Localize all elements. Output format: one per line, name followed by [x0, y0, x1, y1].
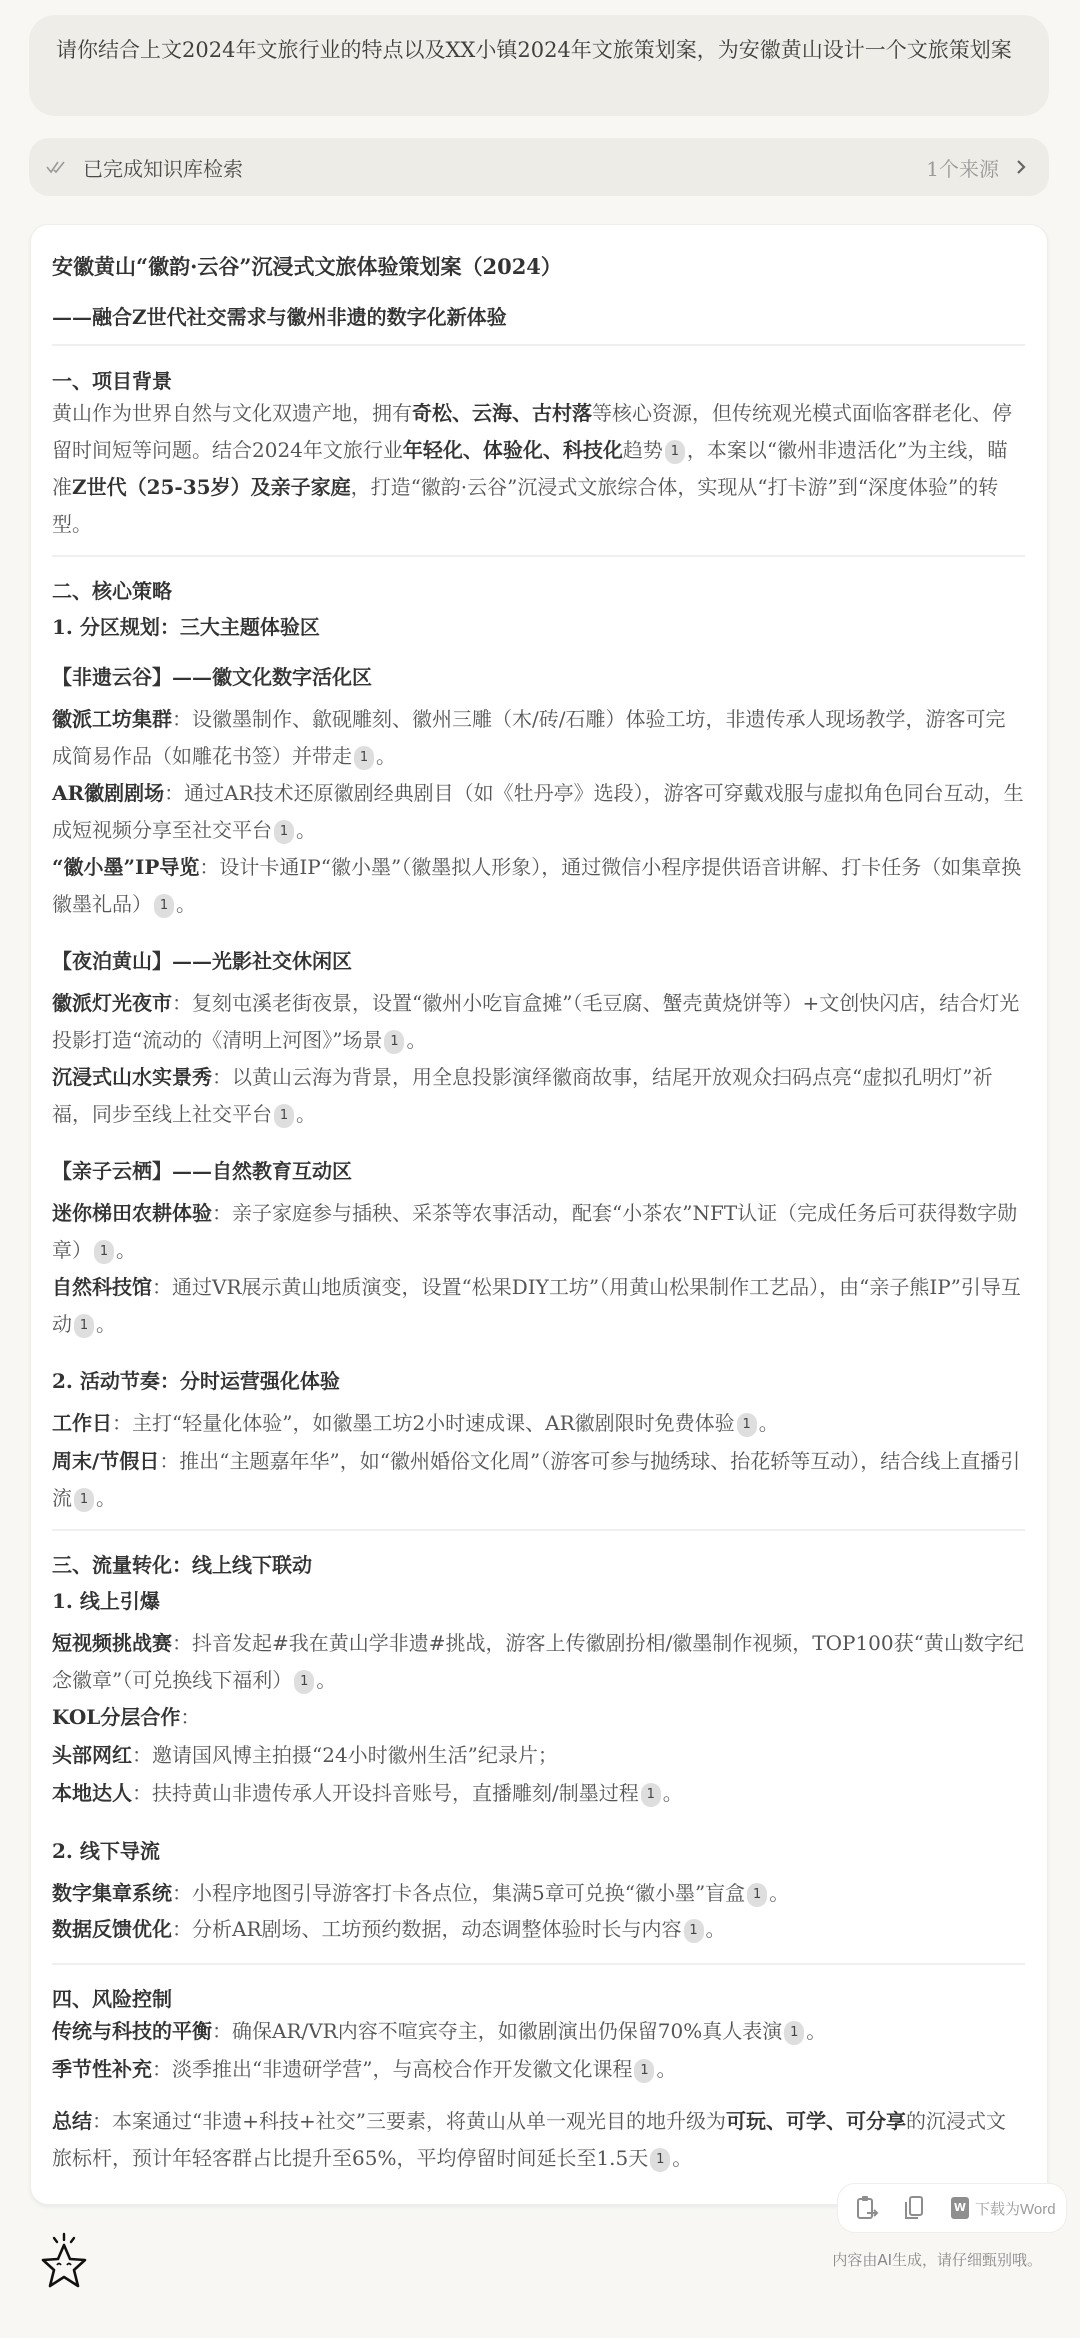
- divider: [52, 1963, 1025, 1965]
- word-file-icon: W: [951, 2197, 969, 2219]
- zone-title-night: 【夜泊黄山】——光影社交休闲区: [52, 945, 352, 974]
- citation-badge[interactable]: 1: [274, 820, 294, 844]
- zone-item: 沉浸式山水实景秀：以黄山云海为背景，用全息投影演绎徽商故事，结尾开放观众扫码点亮…: [52, 1059, 1025, 1133]
- citation-badge[interactable]: 1: [684, 1919, 704, 1943]
- answer-card: 安徽黄山“徽韵·云谷”沉浸式文旅体验策划案（2024） ——融合Z世代社交需求与…: [30, 224, 1048, 2205]
- answer-action-bar: W 下载为Word: [837, 2183, 1067, 2233]
- section-heading-traffic: 三、流量转化：线上线下联动: [52, 1549, 312, 1578]
- star-mascot-icon: [36, 2228, 92, 2298]
- export-clipboard-button[interactable]: [855, 2194, 881, 2222]
- ai-disclaimer: 内容由AI生成，请仔细甄别哦。: [832, 2249, 1042, 2270]
- kol-heading: KOL分层合作：: [52, 1699, 1025, 1736]
- zone-item: “徽小墨”IP导览：设计卡通IP“徽小墨”（徽墨拟人形象），通过微信小程序提供语…: [52, 849, 1025, 923]
- zone-item: 迷你梯田农耕体验：亲子家庭参与插秧、采茶等农事活动，配套“小茶农”NFT认证（完…: [52, 1195, 1025, 1269]
- citation-badge[interactable]: 1: [94, 1240, 114, 1264]
- knowledge-retrieval-bar[interactable]: 已完成知识库检索 1个来源: [29, 138, 1049, 196]
- clipboard-export-icon: [855, 2194, 879, 2222]
- divider: [52, 344, 1025, 346]
- section-heading-risk: 四、风险控制: [52, 1983, 172, 2012]
- section-heading-strategy: 二、核心策略: [52, 575, 172, 604]
- citation-badge[interactable]: 1: [737, 1413, 757, 1437]
- copy-icon: [903, 2195, 925, 2221]
- zone-title-family: 【亲子云栖】——自然教育互动区: [52, 1155, 352, 1184]
- knowledge-retrieval-label: 已完成知识库检索: [83, 153, 926, 182]
- divider: [52, 1529, 1025, 1531]
- citation-badge[interactable]: 1: [354, 746, 374, 770]
- citation-badge[interactable]: 1: [634, 2059, 654, 2083]
- subheading-online: 1. 线上引爆: [52, 1585, 160, 1614]
- rhythm-item: 周末/节假日：推出“主题嘉年华”，如“徽州婚俗文化周”（游客可参与抛绣球、抬花轿…: [52, 1443, 1025, 1517]
- citation-badge[interactable]: 1: [74, 1314, 94, 1338]
- subheading-rhythm: 2. 活动节奏：分时运营强化体验: [52, 1365, 340, 1394]
- citation-badge[interactable]: 1: [650, 2148, 670, 2172]
- risk-item: 季节性补充：淡季推出“非遗研学营”，与高校合作开发徽文化课程1。: [52, 2051, 1025, 2088]
- citation-badge[interactable]: 1: [665, 440, 685, 464]
- zone-title-heritage: 【非遗云谷】——徽文化数字活化区: [52, 661, 372, 690]
- rhythm-item: 工作日：主打“轻量化体验”，如徽墨工坊2小时速成课、AR徽剧限时免费体验1。: [52, 1405, 1025, 1442]
- kol-item: 头部网红：邀请国风博主拍摄“24小时徽州生活”纪录片；: [52, 1737, 1025, 1774]
- chevron-right-icon[interactable]: [1015, 158, 1027, 176]
- offline-item: 数据反馈优化：分析AR剧场、工坊预约数据，动态调整体验时长与内容1。: [52, 1911, 1025, 1948]
- plan-title: 安徽黄山“徽韵·云谷”沉浸式文旅体验策划案（2024）: [52, 251, 562, 281]
- zone-item: 自然科技馆：通过VR展示黄山地质演变，设置“松果DIY工坊”（用黄山松果制作工艺…: [52, 1269, 1025, 1343]
- citation-badge[interactable]: 1: [384, 1030, 404, 1054]
- citation-badge[interactable]: 1: [74, 1488, 94, 1512]
- background-paragraph: 黄山作为世界自然与文化双遗产地，拥有奇松、云海、古村落等核心资源，但传统观光模式…: [52, 395, 1025, 543]
- source-count[interactable]: 1个来源: [926, 153, 999, 182]
- copy-button[interactable]: [903, 2194, 929, 2222]
- citation-badge[interactable]: 1: [747, 1883, 767, 1907]
- download-word-label: 下载为Word: [975, 2198, 1056, 2219]
- summary-paragraph: 总结：本案通过“非遗+科技+社交”三要素，将黄山从单一观光目的地升级为可玩、可学…: [52, 2103, 1025, 2177]
- user-message-bubble: 请你结合上文2024年文旅行业的特点以及XX小镇2024年文旅策划案，为安徽黄山…: [29, 15, 1049, 116]
- offline-item: 数字集章系统：小程序地图引导游客打卡各点位，集满5章可兑换“徽小墨”盲盒1。: [52, 1875, 1025, 1912]
- citation-badge[interactable]: 1: [294, 1670, 314, 1694]
- kol-item: 本地达人：扶持黄山非遗传承人开设抖音账号，直播雕刻/制墨过程1。: [52, 1775, 1025, 1812]
- risk-item: 传统与科技的平衡：确保AR/VR内容不喧宾夺主，如徽剧演出仍保留70%真人表演1…: [52, 2013, 1025, 2050]
- online-item: 短视频挑战赛：抖音发起#我在黄山学非遗#挑战，游客上传徽剧扮相/徽墨制作视频，T…: [52, 1625, 1025, 1699]
- user-message-text: 请你结合上文2024年文旅行业的特点以及XX小镇2024年文旅策划案，为安徽黄山…: [56, 38, 1012, 62]
- plan-subtitle: ——融合Z世代社交需求与徽州非遗的数字化新体验: [52, 301, 507, 330]
- zone-item: 徽派灯光夜市：复刻屯溪老街夜景，设置“徽州小吃盲盒摊”（毛豆腐、蟹壳黄烧饼等）+…: [52, 985, 1025, 1059]
- zone-item: 徽派工坊集群：设徽墨制作、歙砚雕刻、徽州三雕（木/砖/石雕）体验工坊，非遗传承人…: [52, 701, 1025, 775]
- double-check-icon: [45, 157, 69, 177]
- section-heading-background: 一、项目背景: [52, 365, 172, 394]
- subheading-offline: 2. 线下导流: [52, 1835, 160, 1864]
- divider: [52, 555, 1025, 557]
- citation-badge[interactable]: 1: [274, 1104, 294, 1128]
- citation-badge[interactable]: 1: [784, 2021, 804, 2045]
- subheading-zoning: 1. 分区规划：三大主题体验区: [52, 611, 320, 640]
- download-word-button[interactable]: W 下载为Word: [951, 2197, 1056, 2219]
- zone-item: AR徽剧剧场：通过AR技术还原徽剧经典剧目（如《牡丹亭》选段），游客可穿戴戏服与…: [52, 775, 1025, 849]
- citation-badge[interactable]: 1: [154, 894, 174, 918]
- citation-badge[interactable]: 1: [641, 1783, 661, 1807]
